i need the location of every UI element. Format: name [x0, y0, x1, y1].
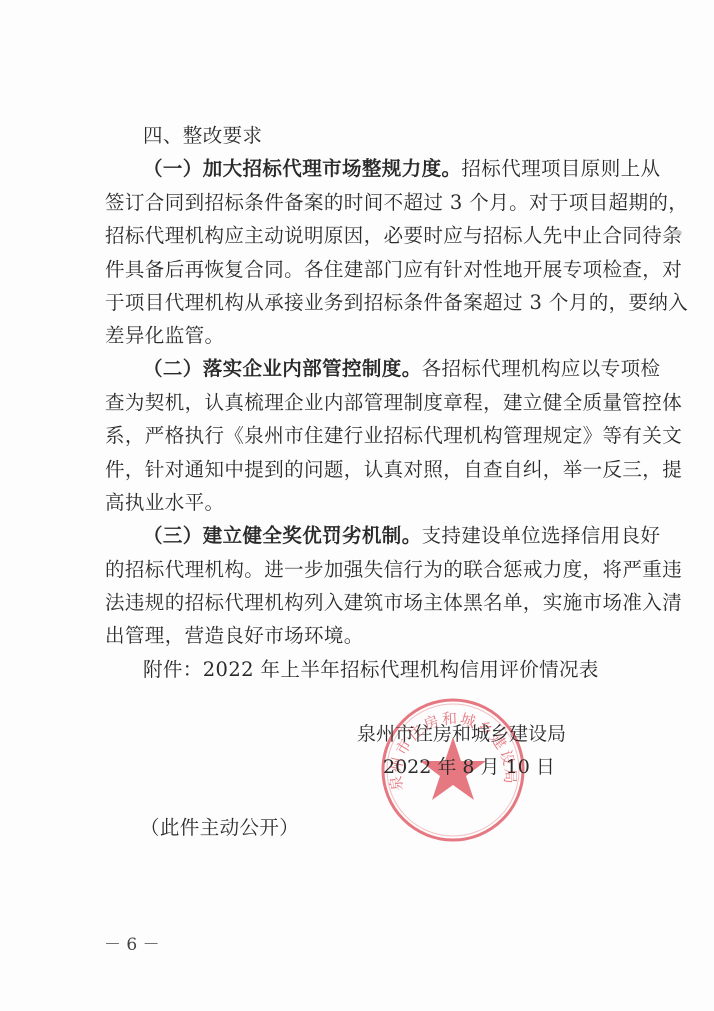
scan-speck: [672, 230, 682, 235]
section-heading: 四、整改要求: [143, 122, 262, 150]
paragraph-3-line-4: 出管理，营造良好市场环境。: [105, 622, 364, 650]
disclosure-note: （此件主动公开）: [140, 814, 299, 842]
signature-organization: 泉州市住房和城乡建设局: [357, 719, 566, 746]
paragraph-1-line-6: 差异化监管。: [105, 322, 224, 350]
paragraph-3-line-1: （三）建立健全奖优罚劣机制。支持建设单位选择信用良好: [143, 522, 660, 550]
paragraph-2-line-4: 件，针对通知中提到的问题，认真对照，自查自纠，举一反三，提: [105, 456, 682, 484]
paragraph-1-line-4: 件具备后再恢复合同。各住建部门应有针对性地开展专项检查，对: [105, 256, 682, 284]
document-page: 四、整改要求 （一）加大招标代理市场整规力度。招标代理项目原则上从 签订合同到招…: [0, 0, 714, 1011]
paragraph-2-line-3: 系，严格执行《泉州市住建行业招标代理机构管理规定》等有关文: [105, 422, 682, 450]
paragraph-1-title: （一）加大招标代理市场整规力度。: [143, 157, 461, 180]
page-number: － 6 －: [104, 930, 160, 955]
paragraph-1-line-1: （一）加大招标代理市场整规力度。招标代理项目原则上从: [143, 155, 660, 183]
paragraph-3-line-3: 法违规的招标代理机构列入建筑市场主体黑名单，实施市场准入清: [105, 589, 682, 617]
paragraph-1-line-3: 招标代理机构应主动说明原因，必要时应与招标人先中止合同待条: [105, 222, 682, 250]
paragraph-1-line-2: 签订合同到招标条件备案的时间不超过 3 个月。对于项目超期的，: [105, 189, 688, 217]
paragraph-2-title: （二）落实企业内部管控制度。: [143, 357, 422, 380]
paragraph-3-line-2: 的招标代理机构。进一步加强失信行为的联合惩戒力度，将严重违: [105, 556, 682, 584]
paragraph-2-line-5: 高执业水平。: [105, 489, 224, 517]
paragraph-2-line-2: 查为契机，认真梳理企业内部管理制度章程，建立健全质量管控体: [105, 389, 682, 417]
paragraph-1-line-5: 于项目代理机构从承接业务到招标条件备案超过 3 个月的，要纳入: [105, 289, 688, 317]
paragraph-3-title: （三）建立健全奖优罚劣机制。: [143, 524, 422, 547]
attachment-line: 附件：2022 年上半年招标代理机构信用评价情况表: [143, 656, 599, 684]
signature-date: 2022 年 8 月 10 日: [383, 752, 555, 779]
paragraph-2-line-1: （二）落实企业内部管控制度。各招标代理机构应以专项检: [143, 355, 660, 383]
